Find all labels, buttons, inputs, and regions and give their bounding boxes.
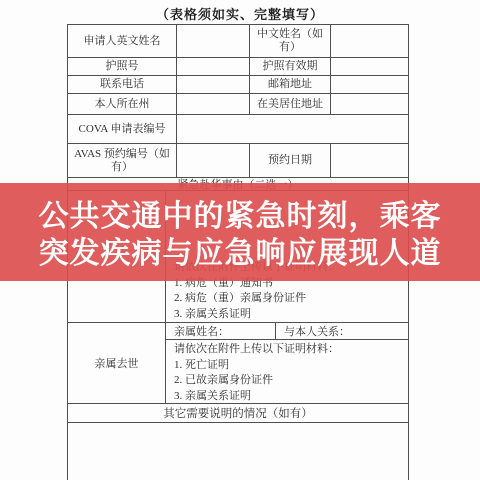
field-label-email: 邮箱地址: [250, 76, 331, 93]
emergency-option2-block: 亲属去世 亲属姓名： 与本人关系： 请依次在附件上传以下证明材料： 1. 死亡证…: [68, 323, 408, 404]
list-item: 2. 病危（重）亲属身份证件: [174, 291, 408, 307]
field-value-state: [177, 94, 250, 114]
field-label-relation: 与本人关系：: [276, 323, 408, 339]
field-label-avas-number: AVAS 预约编号（如有）: [68, 144, 177, 177]
field-label-us-address: 在美居住地址: [250, 94, 331, 114]
table-row: 申请人英文姓名 中文姓名（如有）: [68, 25, 408, 58]
table-row: 本人所在州 在美居住地址: [68, 94, 408, 115]
field-label-phone: 联系电话: [68, 76, 177, 93]
table-row: AVAS 预约编号（如有） 预约日期: [68, 144, 408, 178]
field-value-passport-expiry: [331, 58, 408, 75]
page: （表格须如实、完整填写） 申请人英文姓名 中文姓名（如有） 护照号 护照有效期 …: [0, 0, 480, 480]
option2-label-deceased-relative: 亲属去世: [68, 323, 166, 403]
field-label-applicant-english-name: 申请人英文姓名: [68, 25, 177, 57]
field-label-passport-expiry: 护照有效期: [250, 58, 331, 75]
field-label-cova-number: COVA 申请表编号: [68, 115, 177, 143]
field-label-appointment-date: 预约日期: [250, 144, 331, 177]
news-caption-banner: 公共交通中的紧急时刻，乘客 突发疾病与应急响应展现人道: [0, 183, 480, 281]
list-item: 3. 亲属关系证明: [174, 307, 408, 323]
list-item: 3. 亲属关系证明: [174, 389, 408, 405]
list-item: 2. 已故亲属身份证件: [174, 373, 408, 389]
form-note: （表格须如实、完整填写）: [0, 4, 480, 23]
field-value-phone: [177, 76, 250, 93]
list-item: 1. 死亡证明: [174, 358, 408, 374]
field-value-cova-number: [177, 115, 408, 143]
table-row: COVA 申请表编号: [68, 115, 408, 144]
field-label-chinese-name: 中文姓名（如有）: [250, 25, 331, 57]
relative-name-row: 亲属姓名： 与本人关系：: [166, 323, 408, 340]
field-value-chinese-name: [331, 25, 408, 57]
banner-caption: 公共交通中的紧急时刻，乘客 突发疾病与应急响应展现人道: [0, 183, 480, 272]
field-value-email: [331, 76, 408, 93]
field-value-avas-number: [177, 144, 250, 177]
table-row: 联系电话 邮箱地址: [68, 76, 408, 94]
field-value-passport-number: [177, 58, 250, 75]
field-value-us-address: [331, 94, 408, 114]
field-value-applicant-english-name: [177, 25, 250, 57]
other-info-header: 其它需要说明的情况（如有）: [68, 404, 408, 423]
banner-caption-line2: 突发疾病与应急响应展现人道: [0, 235, 480, 272]
banner-caption-line1: 公共交通中的紧急时刻，乘客: [0, 198, 480, 235]
field-label-relative-name: 亲属姓名：: [166, 323, 276, 339]
option2-materials-list: 请依次在附件上传以下证明材料： 1. 死亡证明 2. 已故亲属身份证件 3. 亲…: [166, 340, 408, 404]
field-label-passport-number: 护照号: [68, 58, 177, 75]
materials-intro: 请依次在附件上传以下证明材料：: [174, 342, 408, 358]
field-value-appointment-date: [331, 144, 408, 177]
option2-content: 亲属姓名： 与本人关系： 请依次在附件上传以下证明材料： 1. 死亡证明 2. …: [166, 323, 408, 403]
other-info-empty-cell: [68, 423, 408, 480]
table-row: 护照号 护照有效期: [68, 58, 408, 76]
field-label-state: 本人所在州: [68, 94, 177, 114]
